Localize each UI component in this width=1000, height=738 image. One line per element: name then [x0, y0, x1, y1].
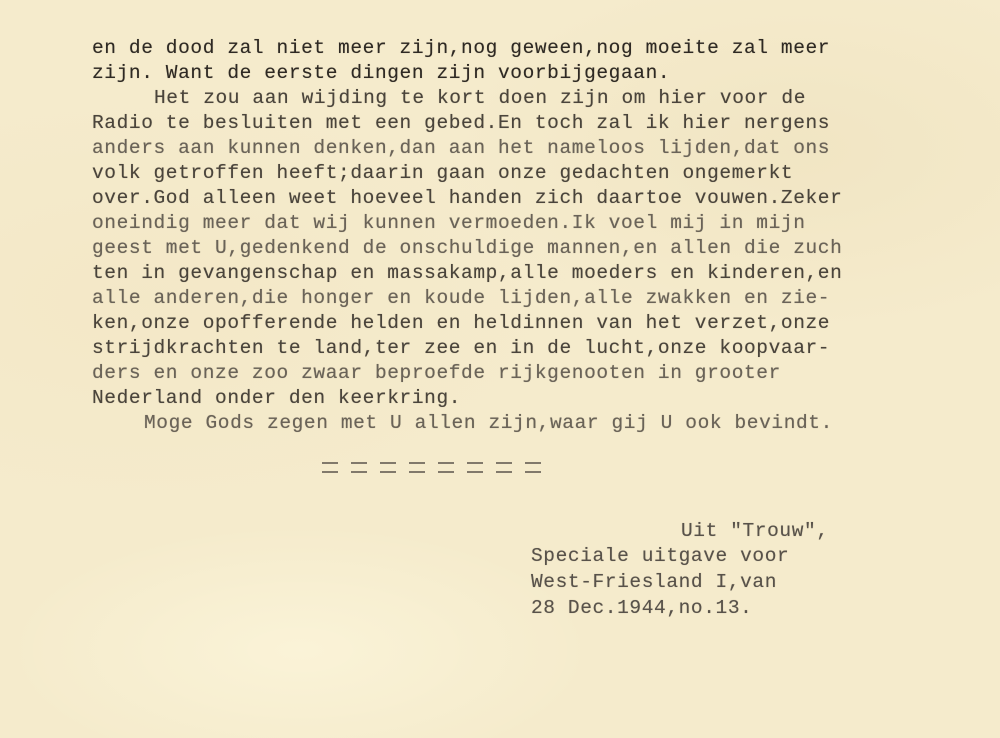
- body-line: Het zou aan wijding te kort doen zijn om…: [154, 86, 806, 110]
- attribution-line: 28 Dec.1944,no.13.: [531, 595, 752, 621]
- body-line: Nederland onder den keerkring.: [92, 386, 461, 410]
- divider-mark: [496, 462, 512, 473]
- divider-mark: [438, 462, 454, 473]
- divider-mark: [525, 462, 541, 473]
- body-line: anders aan kunnen denken,dan aan het nam…: [92, 136, 830, 160]
- divider-mark: [351, 462, 367, 473]
- attribution-line: Speciale uitgave voor: [531, 543, 789, 569]
- divider-mark: [322, 462, 338, 473]
- body-line: volk getroffen heeft;daarin gaan onze ge…: [92, 161, 793, 185]
- divider-mark: [380, 462, 396, 473]
- body-line: alle anderen,die honger en koude lijden,…: [92, 286, 830, 310]
- body-line: strijdkrachten te land,ter zee en in de …: [92, 336, 830, 360]
- body-line: ten in gevangenschap en massakamp,alle m…: [92, 261, 842, 285]
- attribution-line: Uit "Trouw",: [681, 518, 829, 544]
- section-divider: [322, 462, 541, 473]
- body-line: Moge Gods zegen met U allen zijn,waar gi…: [144, 411, 833, 435]
- typewritten-page: en de dood zal niet meer zijn,nog geween…: [0, 0, 1000, 738]
- attribution-line: West-Friesland I,van: [531, 569, 777, 595]
- body-line: over.God alleen weet hoeveel handen zich…: [92, 186, 842, 210]
- body-line: zijn. Want de eerste dingen zijn voorbij…: [92, 61, 670, 85]
- divider-mark: [409, 462, 425, 473]
- body-line: ken,onze opofferende helden en heldinnen…: [92, 311, 830, 335]
- body-line: geest met U,gedenkend de onschuldige man…: [92, 236, 842, 260]
- body-line: oneindig meer dat wij kunnen vermoeden.I…: [92, 211, 806, 235]
- body-line: en de dood zal niet meer zijn,nog geween…: [92, 36, 830, 60]
- body-line: Radio te besluiten met een gebed.En toch…: [92, 111, 830, 135]
- divider-mark: [467, 462, 483, 473]
- body-line: ders en onze zoo zwaar beproefde rijkgen…: [92, 361, 781, 385]
